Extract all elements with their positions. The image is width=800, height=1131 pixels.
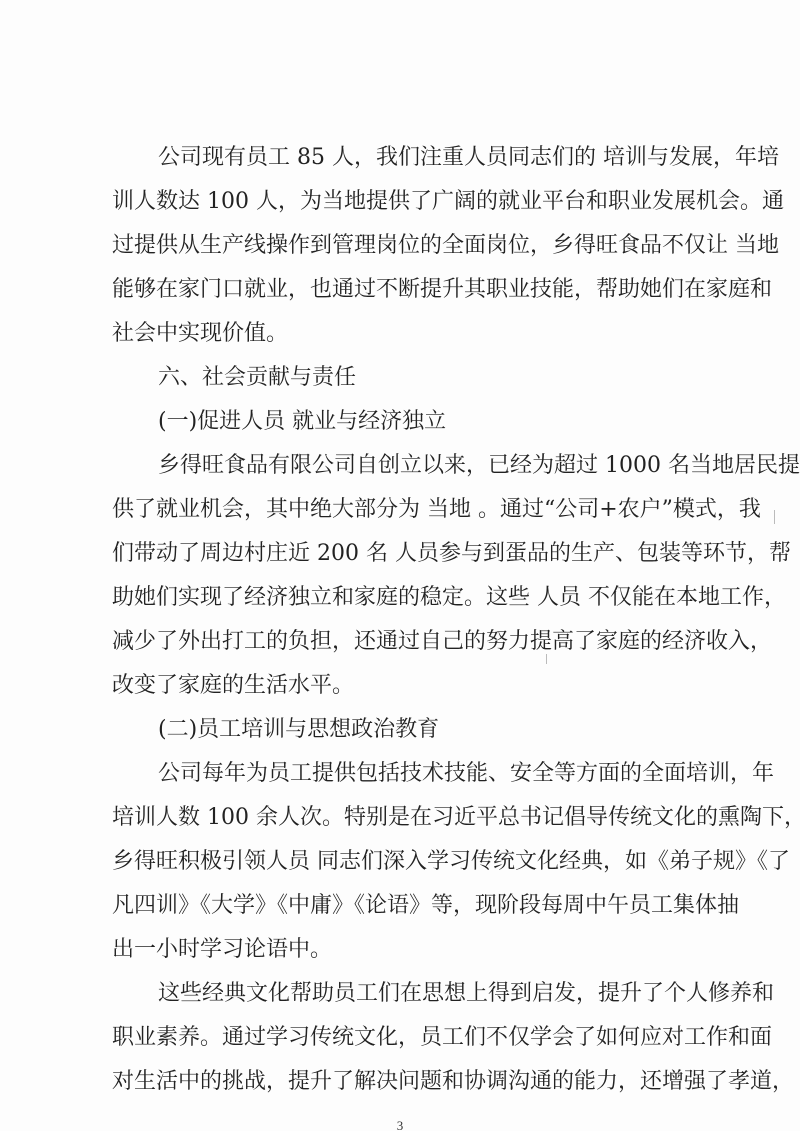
paragraph-line: 乡得旺食品有限公司自创立以来，已经为超过 1000 名当地居民提 [158, 451, 704, 481]
paragraph-line: 这些经典文化帮助员工们在思想上得到启发，提升了个人修养和 [158, 979, 704, 1009]
subsection-heading: (一)促进人员 就业与经济独立 [158, 407, 704, 437]
paragraph-line: 过提供从生产线操作到管理岗位的全面岗位，乡得旺食品不仅让 当地 [112, 231, 704, 261]
section-heading: 六、社会贡献与责任 [158, 363, 704, 393]
scan-artifact [546, 654, 547, 664]
paragraph-line: 训人数达 100 人，为当地提供了广阔的就业平台和职业发展机会。通 [112, 187, 704, 217]
paragraph-line: 助她们实现了经济独立和家庭的稳定。这些 人员 不仅能在本地工作， [112, 583, 704, 613]
page-number: 3 [0, 1118, 800, 1131]
paragraph-line: 能够在家门口就业，也通过不断提升其职业技能，帮助她们在家庭和 [112, 275, 704, 305]
scan-artifact [774, 510, 775, 524]
document-page: 公司现有员工 85 人，我们注重人员同志们的 培训与发展，年培 训人数达 100… [0, 0, 800, 1131]
paragraph-line: 培训人数 100 余人次。特别是在习近平总书记倡导传统文化的熏陶下， [112, 803, 704, 833]
paragraph-line: 供了就业机会，其中绝大部分为 当地 。通过“公司+农户”模式，我 [112, 495, 704, 525]
paragraph-line: 公司每年为员工提供包括技术技能、安全等方面的全面培训，年 [158, 759, 704, 789]
paragraph-line: 们带动了周边村庄近 200 名 人员参与到蛋品的生产、包装等环节，帮 [112, 539, 704, 569]
paragraph-line: 出一小时学习论语中。 [112, 935, 704, 965]
paragraph-line: 减少了外出打工的负担，还通过自己的努力提高了家庭的经济收入， [112, 627, 704, 657]
paragraph-line: 改变了家庭的生活水平。 [112, 671, 704, 701]
paragraph-line: 职业素养。通过学习传统文化，员工们不仅学会了如何应对工作和面 [112, 1023, 704, 1053]
paragraph-line: 乡得旺积极引领人员 同志们深入学习传统文化经典，如《弟子规》《了 [112, 847, 704, 877]
subsection-heading: (二)员工培训与思想政治教育 [158, 715, 704, 745]
paragraph-line: 社会中实现价值。 [112, 319, 704, 349]
paragraph-line: 对生活中的挑战，提升了解决问题和协调沟通的能力，还增强了孝道， [112, 1067, 704, 1097]
paragraph-line: 凡四训》《大学》《中庸》《论语》等，现阶段每周中午员工集体抽 [112, 891, 704, 921]
paragraph-line: 公司现有员工 85 人，我们注重人员同志们的 培训与发展，年培 [158, 143, 704, 173]
